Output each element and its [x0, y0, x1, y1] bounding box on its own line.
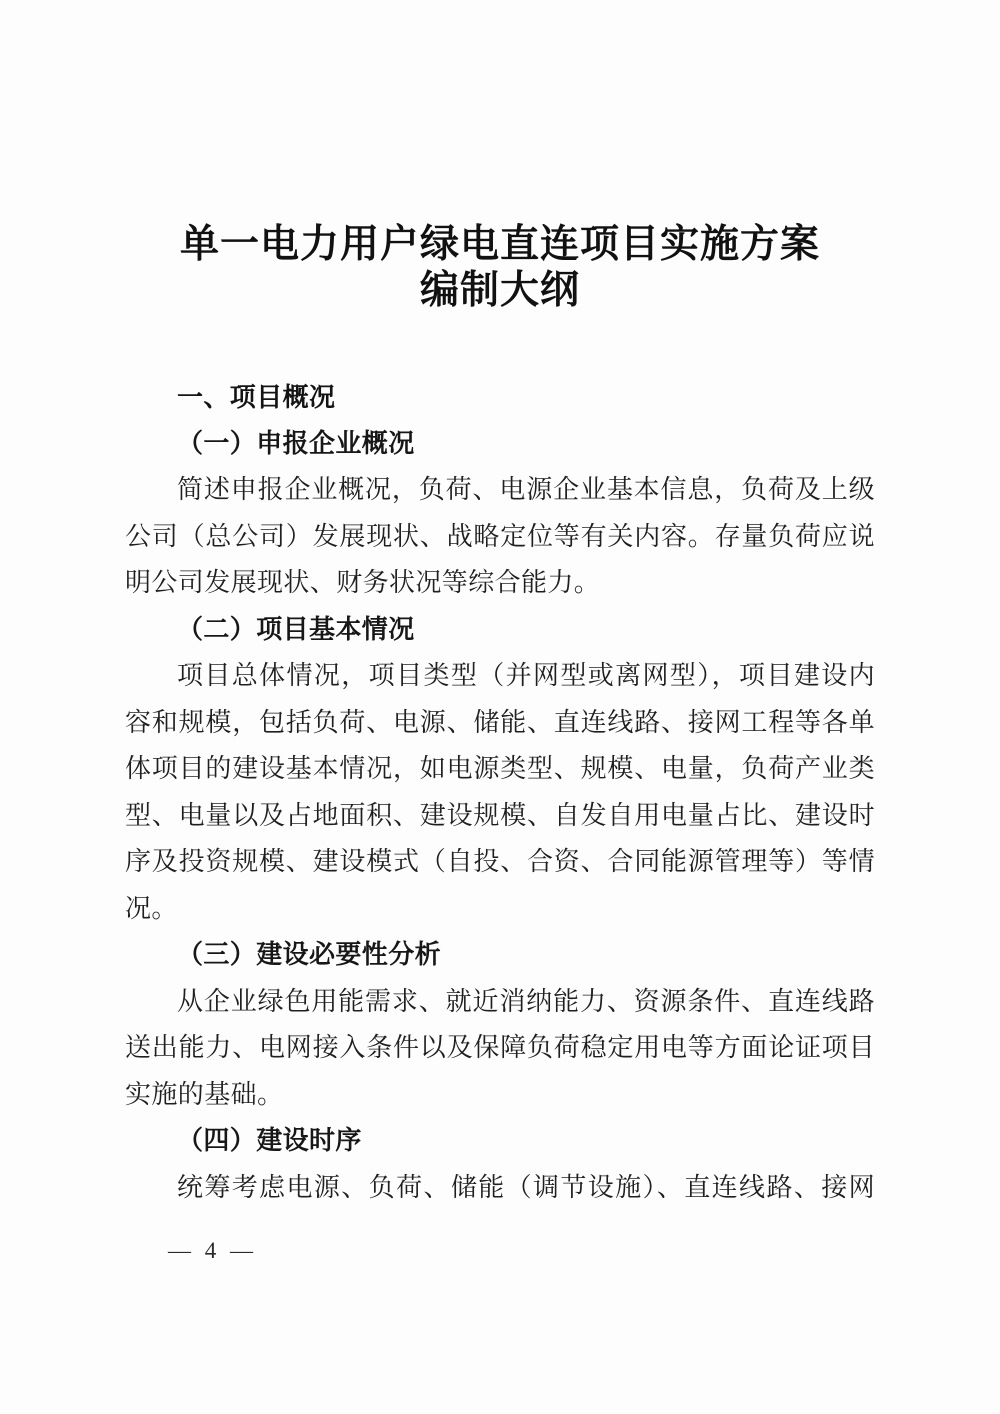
page-number: — 4 —: [168, 1236, 257, 1266]
document-page: 单一电力用户绿电直连项目实施方案 编制大纲 一、项目概况（一）申报企业概况简述申…: [0, 0, 1000, 1414]
paragraph: 统筹考虑电源、负荷、储能（调节设施）、直连线路、接网: [125, 1165, 875, 1212]
paragraph: 项目总体情况，项目类型（并网型或离网型），项目建设内容和规模，包括负荷、电源、储…: [125, 653, 875, 932]
section-heading-level2: （一）申报企业概况: [125, 421, 875, 468]
paragraph: 从企业绿色用能需求、就近消纳能力、资源条件、直连线路送出能力、电网接入条件以及保…: [125, 979, 875, 1119]
document-title: 单一电力用户绿电直连项目实施方案 编制大纲: [125, 0, 875, 314]
paragraph: 简述申报企业概况，负荷、电源企业基本信息，负荷及上级公司（总公司）发展现状、战略…: [125, 467, 875, 607]
document-title-line1: 单一电力用户绿电直连项目实施方案: [125, 222, 875, 268]
document-body: 一、项目概况（一）申报企业概况简述申报企业概况，负荷、电源企业基本信息，负荷及上…: [125, 374, 875, 1211]
section-heading-level2: （二）项目基本情况: [125, 607, 875, 654]
document-title-line2: 编制大纲: [125, 268, 875, 314]
section-heading-level1: 一、项目概况: [125, 374, 875, 421]
section-heading-level2: （三）建设必要性分析: [125, 932, 875, 979]
section-heading-level2: （四）建设时序: [125, 1118, 875, 1165]
